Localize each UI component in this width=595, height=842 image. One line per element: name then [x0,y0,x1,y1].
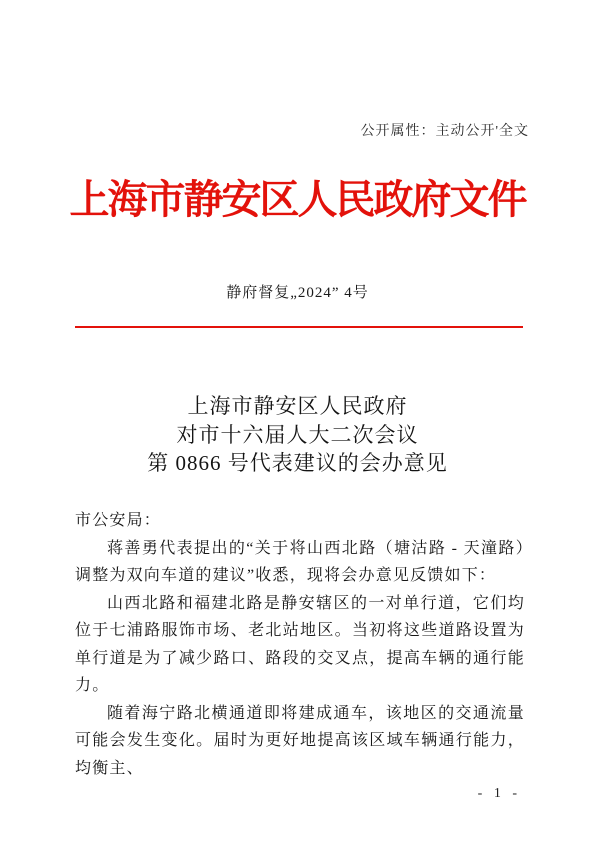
document-body: 市公安局： 蒋善勇代表提出的“关于将山西北路（塘沽路 - 天潼路）调整为双向车道… [75,507,525,782]
red-divider-line [75,326,523,328]
document-title-line-2: 对市十六届人大二次会议 [0,421,595,450]
document-page: 公开属性：主动公开'全文 上海市静安区人民政府文件 静府督复„2024” 4号 … [0,0,595,842]
recipient-line: 市公安局： [75,507,525,535]
publicity-attribute-note: 公开属性：主动公开'全文 [360,120,529,140]
body-paragraph-3: 随着海宁路北横通道即将建成通车，该地区的交通流量可能会发生变化。届时为更好地提高… [75,700,525,783]
document-number: 静府督复„2024” 4号 [0,281,595,302]
document-title: 上海市静安区人民政府 对市十六届人大二次会议 第 0866 号代表建议的会办意见 [0,392,595,478]
document-title-line-1: 上海市静安区人民政府 [0,392,595,421]
body-paragraph-2: 山西北路和福建北路是静安辖区的一对单行道，它们均位于七浦路服饰市场、老北站地区。… [75,590,525,700]
body-paragraph-1: 蒋善勇代表提出的“关于将山西北路（塘沽路 - 天潼路）调整为双向车道的建议”收悉… [75,535,525,590]
page-number: - 1 - [478,786,521,802]
document-title-line-3: 第 0866 号代表建议的会办意见 [0,449,595,478]
letterhead-title: 上海市静安区人民政府文件 [0,168,595,225]
